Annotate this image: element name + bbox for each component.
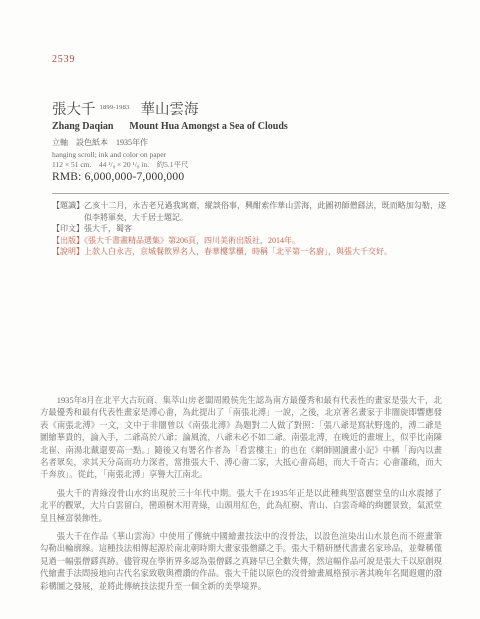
entry-text: 乙亥十二月，永吉老兄過我寓齋，縱談俗事，興酣索作華山雲海，此圖初師僧繇法，既而略… (84, 201, 446, 222)
divider-rule (52, 193, 449, 194)
medium-line-en: hanging scroll; ink and color on paper (52, 150, 166, 159)
medium-line-cn: 立軸 設色紙本 1935年作 (52, 137, 148, 148)
entry-label: 【印文】 (52, 224, 84, 233)
essay-paragraph-3: 張大千在作品《華山雲海》中使用了傳統中國繪畫技法中的沒骨法，以設色渲染出山水景色… (40, 531, 442, 593)
estimate-line: RMB: 6,000,000-7,000,000 (52, 171, 184, 183)
seal-entry: 【印文】張大千，蜀客 (52, 223, 446, 235)
catalog-entries: 【題識】乙亥十二月，永吉老兄過我寓齋，縱談俗事，興酣索作華山雲海，此圖初師僧繇法… (52, 200, 446, 258)
entry-label: 【題識】 (52, 201, 84, 210)
dimensions-line: 112 × 51 cm. 44 ¹/₈ × 20 ¹/₈ in. 約5.1平尺 (52, 159, 188, 170)
artwork-title-row: 張大千1899-1983華山雲海 (52, 98, 198, 119)
artist-name-cn: 張大千 (52, 102, 96, 118)
artist-name-en: Zhang Daqian (52, 121, 113, 132)
catalog-essay: 1935年8月在北平大古玩商、集萃山房老闆周殿侯先生認為南方最優秀和最有代表性的… (40, 395, 442, 599)
essay-paragraph-2: 張大千的青綠沒骨山水約出現於三十年代中期。張大千在1935年正是以此種典型富麗堂… (40, 488, 442, 525)
entry-label: 【說明】 (52, 247, 84, 256)
artwork-title-en: Mount Hua Amongst a Sea of Clouds (129, 121, 287, 132)
artist-dates: 1899-1983 (100, 104, 130, 111)
essay-paragraph-1: 1935年8月在北平大古玩商、集萃山房老闆周殿侯先生認為南方最優秀和最有代表性的… (40, 395, 442, 482)
entry-text: 《張大千書畫精品選集》第206頁，四川美術出版社，2014年。 (84, 236, 300, 245)
lot-number: 2539 (52, 54, 75, 65)
note-entry: 【說明】上款人白永吉，京城餐飲界名人，春華樓掌櫃，時稱「北平第一名廚」，與張大千… (52, 246, 446, 258)
artwork-title-row-en: Zhang DaqianMount Hua Amongst a Sea of C… (52, 121, 288, 132)
entry-text: 上款人白永吉，京城餐飲界名人，春華樓掌櫃，時稱「北平第一名廚」，與張大千交好。 (84, 247, 392, 256)
inscription-entry: 【題識】乙亥十二月，永吉老兄過我寓齋，縱談俗事，興酣索作華山雲海，此圖初師僧繇法… (52, 200, 446, 223)
entry-text: 張大千，蜀客 (84, 224, 132, 233)
entry-label: 【出版】 (52, 236, 84, 245)
auction-catalog-page: 2539 張大千1899-1983華山雲海 Zhang DaqianMount … (0, 0, 480, 619)
artwork-title-cn: 華山雲海 (140, 102, 198, 118)
publication-entry: 【出版】《張大千書畫精品選集》第206頁，四川美術出版社，2014年。 (52, 235, 446, 247)
